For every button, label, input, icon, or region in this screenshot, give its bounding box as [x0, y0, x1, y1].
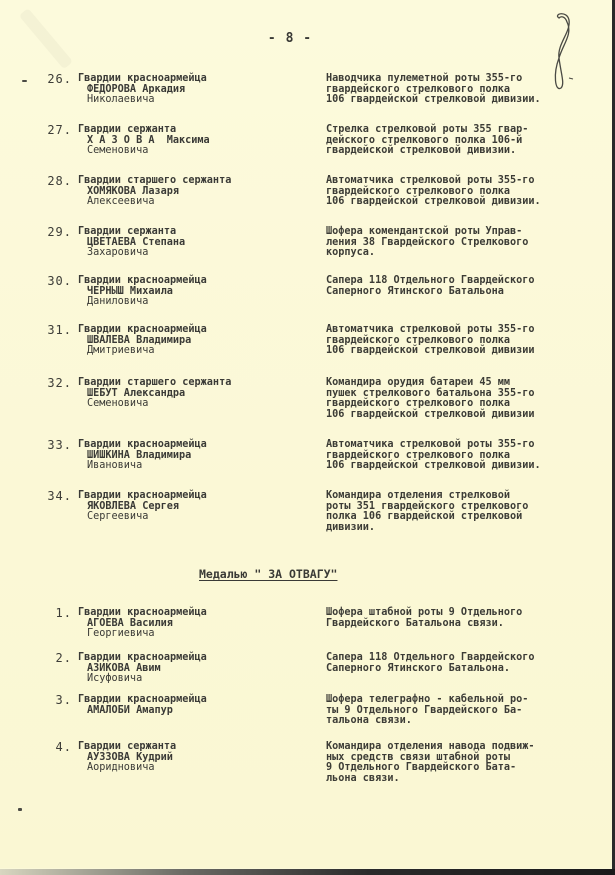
recipient: Гвардии красноармейцаАЗИКОВА АвимИсуфови…: [78, 653, 328, 685]
recipient: Гвардии красноармейцаАМАЛОБИ Амапур: [78, 695, 328, 716]
recipient: Гвардии красноармейцаШВАЛЕВА ВладимираДм…: [78, 325, 328, 357]
margin-mark: [18, 808, 22, 811]
recipient: Гвардии сержантаХ А З О В А МаксимаСемен…: [78, 125, 328, 157]
margin-mark: [22, 80, 27, 82]
recipient-rank: Гвардии красноармейца: [78, 440, 328, 451]
recipient-rank: Гвардии красноармейца: [78, 325, 328, 336]
entry-number: 27.: [40, 125, 72, 136]
entry-number: 28.: [40, 176, 72, 187]
entry-number: 29.: [40, 227, 72, 238]
recipient: Гвардии красноармейцаАГОЕВА ВасилияГеорг…: [78, 608, 328, 640]
entry-number: 26.: [40, 74, 72, 85]
recipient-rank: Гвардии красноармейца: [78, 653, 328, 664]
recipient-rank: Гвардии сержанта: [78, 227, 328, 238]
scan-edge-bottom: [0, 869, 615, 875]
recipient-position: Командира отделения стрелковой роты 351 …: [326, 491, 611, 533]
entry-number: 30.: [40, 276, 72, 287]
entry-number: 34.: [40, 491, 72, 502]
recipient-rank: Гвардии красноармейца: [78, 608, 328, 619]
page-number: - 8 -: [0, 31, 580, 46]
recipient-rank: Гвардии старшего сержанта: [78, 176, 328, 187]
recipient-rank: Гвардии сержанта: [78, 742, 328, 753]
entry-number: 3.: [40, 695, 72, 706]
recipient-position: Командира отделения навода подвиж- ных с…: [326, 742, 611, 784]
recipient-patronymic: Исуфовича: [78, 674, 328, 685]
recipient: Гвардии красноармейцаЯКОВЛЕВА СергеяСерг…: [78, 491, 328, 523]
recipient-rank: Гвардии красноармейца: [78, 74, 328, 85]
recipient: Гвардии сержантаАУЗЗОВА КудрийАориднович…: [78, 742, 328, 774]
recipient-position: Командира орудия батареи 45 мм пушек стр…: [326, 378, 611, 420]
entry-number: 33.: [40, 440, 72, 451]
recipient-position: Шофера телеграфно - кабельной ро- ты 9 О…: [326, 695, 611, 727]
recipient-position: Сапера 118 Отдельного Гвардейского Сапер…: [326, 276, 611, 297]
recipient: Гвардии старшего сержантаХОМЯКОВА Лазаря…: [78, 176, 328, 208]
recipient-name: АМАЛОБИ Амапур: [78, 706, 328, 717]
recipient-position: Шофера штабной роты 9 Отдельного Гвардей…: [326, 608, 611, 629]
recipient: Гвардии старшего сержантаШЕБУТ Александр…: [78, 378, 328, 410]
recipient-rank: Гвардии сержанта: [78, 125, 328, 136]
entry-number: 2.: [40, 653, 72, 664]
recipient-rank: Гвардии красноармейца: [78, 695, 328, 706]
recipient-rank: Гвардии красноармейца: [78, 491, 328, 502]
recipient-position: Автоматчика стрелковой роты 355-го гвард…: [326, 440, 611, 472]
recipient-patronymic: Даниловича: [78, 297, 328, 308]
recipient: Гвардии красноармейцаЧЕРНЫШ МихаилаДанил…: [78, 276, 328, 308]
recipient-position: Автоматчика стрелковой роты 355-го гвард…: [326, 325, 611, 357]
recipient-patronymic: Георгиевича: [78, 629, 328, 640]
recipient-patronymic: Дмитриевича: [78, 346, 328, 357]
recipient: Гвардии сержантаЦВЕТАЕВА СтепанаЗахарови…: [78, 227, 328, 259]
recipient-position: Автоматчика стрелковой роты 355-го гвард…: [326, 176, 611, 208]
recipient-position: Стрелка стрелковой роты 355 гвар- дейско…: [326, 125, 611, 157]
recipient-patronymic: Сергеевича: [78, 512, 328, 523]
recipient-patronymic: Семеновича: [78, 146, 328, 157]
entry-number: 1.: [40, 608, 72, 619]
entry-number: 32.: [40, 378, 72, 389]
recipient: Гвардии красноармейцаШИШКИНА ВладимираИв…: [78, 440, 328, 472]
section-heading-medal-for-courage: Медалью " ЗА ОТВАГУ": [199, 567, 337, 581]
recipient-position: Сапера 118 Отдельного Гвардейского Сапер…: [326, 653, 611, 674]
recipient-patronymic: Николаевича: [78, 95, 328, 106]
recipient-patronymic: Семеновича: [78, 399, 328, 410]
recipient: Гвардии красноармейцаФЕДОРОВА АркадияНик…: [78, 74, 328, 106]
recipient-patronymic: Аоридновича: [78, 763, 328, 774]
recipient-patronymic: Захаровича: [78, 248, 328, 259]
entry-number: 31.: [40, 325, 72, 336]
recipient-position: Наводчика пулеметной роты 355-го гвардей…: [326, 74, 611, 106]
recipient-rank: Гвардии старшего сержанта: [78, 378, 328, 389]
entry-number: 4.: [40, 742, 72, 753]
recipient-position: Шофера комендантской роты Управ- ления 3…: [326, 227, 611, 259]
recipient-patronymic: Алексеевича: [78, 197, 328, 208]
document-page: - 8 - 26.Гвардии красноармейцаФЕДОРОВА А…: [0, 0, 612, 868]
recipient-patronymic: Ивановича: [78, 461, 328, 472]
recipient-rank: Гвардии красноармейца: [78, 276, 328, 287]
